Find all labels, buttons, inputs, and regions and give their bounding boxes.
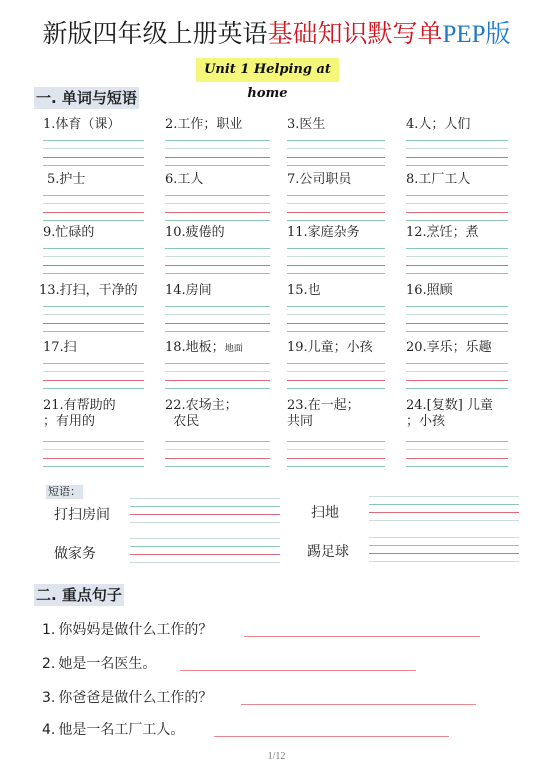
word-prompt-text: 23.在一起； xyxy=(287,398,360,413)
writing-line[interactable] xyxy=(287,203,385,204)
word-prompt-text: 14.房间 xyxy=(165,283,212,298)
writing-line[interactable] xyxy=(406,363,508,364)
word-prompt: 5.护士 xyxy=(47,172,177,188)
word-prompt-text: 12.烹饪；煮 xyxy=(406,225,479,240)
word-cell: 5.护士 xyxy=(43,172,144,221)
writing-line[interactable] xyxy=(43,165,144,166)
word-cell: 15.也 xyxy=(287,283,385,332)
writing-line[interactable] xyxy=(287,165,385,166)
writing-line[interactable] xyxy=(43,458,144,459)
writing-line[interactable] xyxy=(287,195,385,196)
writing-line[interactable] xyxy=(165,212,270,213)
word-prompt: 12.烹饪；煮 xyxy=(406,225,536,241)
writing-line[interactable] xyxy=(287,248,385,249)
unit-subtitle: Unit 1 Helping at home xyxy=(196,58,339,82)
word-cell: 7.公司职员 xyxy=(287,172,385,221)
writing-line[interactable] xyxy=(287,306,385,307)
word-prompt-text: 24.[复数] 儿童 xyxy=(406,398,493,413)
word-prompt: 15.也 xyxy=(287,283,417,299)
word-prompt: 21.有帮助的；有用的 xyxy=(43,398,173,430)
word-cell: 23.在一起；共同 xyxy=(287,398,385,467)
word-prompt: 13.打扫，干净的 xyxy=(39,283,169,299)
writing-line[interactable] xyxy=(406,248,508,249)
writing-line[interactable] xyxy=(165,203,270,204)
word-cell: 13.打扫，干净的 xyxy=(43,283,144,332)
writing-line[interactable] xyxy=(369,512,519,513)
writing-line[interactable] xyxy=(406,148,508,149)
word-prompt: 16.照顾 xyxy=(406,283,536,299)
phrase-prompt: 做家务 xyxy=(54,543,96,563)
word-prompt-text: 4.人；人们 xyxy=(406,117,470,132)
writing-line[interactable] xyxy=(406,441,508,442)
writing-line[interactable] xyxy=(165,388,270,389)
writing-line[interactable] xyxy=(130,546,280,547)
word-prompt: 17.扫 xyxy=(43,340,173,356)
writing-line[interactable] xyxy=(406,212,508,213)
writing-line[interactable] xyxy=(43,380,144,381)
word-prompt-text: 7.公司职员 xyxy=(287,172,351,187)
sentence-prompt: 2.她是一名医生。 xyxy=(42,655,156,673)
section-heading-vocabulary: 一. 单词与短语 xyxy=(34,87,139,109)
writing-line[interactable] xyxy=(43,363,144,364)
section-heading-sentences: 二. 重点句子 xyxy=(34,584,124,606)
word-prompt-text: 9.忙碌的 xyxy=(43,225,94,240)
writing-line[interactable] xyxy=(287,363,385,364)
writing-line[interactable] xyxy=(43,265,144,266)
writing-line[interactable] xyxy=(43,157,144,158)
writing-line[interactable] xyxy=(406,466,508,467)
word-prompt: 2.工作；职业 xyxy=(165,117,295,133)
title-part-black: 新版四年级上册英语 xyxy=(42,19,267,48)
title-part-red: 基础知识默写单 xyxy=(267,19,442,48)
page-number: 1/12 xyxy=(0,751,553,762)
word-cell: 16.照顾 xyxy=(406,283,508,332)
writing-line[interactable] xyxy=(287,441,385,442)
word-cell: 18.地板；地面 xyxy=(165,340,270,389)
word-prompt-text: 16.照顾 xyxy=(406,283,453,298)
sentence-text: 她是一名医生。 xyxy=(58,656,156,672)
writing-line[interactable] xyxy=(165,195,270,196)
writing-line[interactable] xyxy=(406,458,508,459)
writing-line[interactable] xyxy=(287,265,385,266)
writing-line[interactable] xyxy=(43,256,144,257)
word-prompt-note: 地面 xyxy=(225,344,243,354)
writing-line[interactable] xyxy=(43,466,144,467)
word-prompt: 22.农场主； 农民 xyxy=(165,398,295,430)
writing-line[interactable] xyxy=(287,458,385,459)
word-cell: 3.医生 xyxy=(287,117,385,166)
writing-line[interactable] xyxy=(287,220,385,221)
writing-line[interactable] xyxy=(287,331,385,332)
writing-line[interactable] xyxy=(369,496,519,497)
writing-line[interactable] xyxy=(406,140,508,141)
word-cell: 4.人；人们 xyxy=(406,117,508,166)
sentence-text: 你妈妈是做什么工作的？ xyxy=(58,622,212,638)
writing-line[interactable] xyxy=(130,514,280,515)
writing-line[interactable] xyxy=(165,165,270,166)
word-prompt-text: 3.医生 xyxy=(287,117,325,132)
word-prompt-text: 17.扫 xyxy=(43,340,77,355)
writing-line[interactable] xyxy=(130,562,280,563)
writing-line[interactable] xyxy=(130,538,280,539)
writing-line[interactable] xyxy=(165,371,270,372)
writing-line[interactable] xyxy=(165,265,270,266)
word-cell: 9.忙碌的 xyxy=(43,225,144,274)
writing-line[interactable] xyxy=(287,314,385,315)
word-prompt: 19.儿童；小孩 xyxy=(287,340,417,356)
writing-line[interactable] xyxy=(287,371,385,372)
writing-line[interactable] xyxy=(43,323,144,324)
word-prompt: 9.忙碌的 xyxy=(43,225,173,241)
writing-line[interactable] xyxy=(43,371,144,372)
writing-line[interactable] xyxy=(165,380,270,381)
word-cell: 6.工人 xyxy=(165,172,270,221)
word-prompt-text: 5.护士 xyxy=(47,172,85,187)
writing-line[interactable] xyxy=(406,165,508,166)
phrase-prompt: 踢足球 xyxy=(307,541,349,561)
writing-line[interactable] xyxy=(43,306,144,307)
word-prompt: 11.家庭杂务 xyxy=(287,225,417,241)
word-prompt: 20.享乐；乐趣 xyxy=(406,340,536,356)
word-cell: 22.农场主； 农民 xyxy=(165,398,270,467)
answer-line[interactable] xyxy=(241,704,476,705)
word-prompt-text: 1.体育（课） xyxy=(43,117,120,132)
word-prompt-text: 11.家庭杂务 xyxy=(287,225,360,240)
answer-line[interactable] xyxy=(180,670,416,671)
writing-line[interactable] xyxy=(43,441,144,442)
writing-line[interactable] xyxy=(406,157,508,158)
writing-line[interactable] xyxy=(287,466,385,467)
word-cell: 21.有帮助的；有用的 xyxy=(43,398,144,467)
writing-line[interactable] xyxy=(43,148,144,149)
answer-line[interactable] xyxy=(214,736,449,737)
writing-line[interactable] xyxy=(406,265,508,266)
phrase-writing-lines[interactable] xyxy=(369,496,519,526)
writing-line[interactable] xyxy=(369,545,519,546)
writing-line[interactable] xyxy=(406,195,508,196)
word-cell: 17.扫 xyxy=(43,340,144,389)
word-prompt: 1.体育（课） xyxy=(43,117,173,133)
sentence-prompt: 3.你爸爸是做什么工作的？ xyxy=(42,689,212,707)
word-prompt-text: 15.也 xyxy=(287,283,321,298)
word-prompt: 10.疲倦的 xyxy=(165,225,295,241)
writing-line[interactable] xyxy=(43,212,144,213)
sentence-number: 4. xyxy=(42,722,55,738)
phrase-writing-lines[interactable] xyxy=(130,538,280,568)
sentence-prompt: 1.你妈妈是做什么工作的？ xyxy=(42,621,212,639)
word-prompt-text-line2: 共同 xyxy=(287,414,313,429)
sentence-prompt: 4.他是一名工厂工人。 xyxy=(42,721,184,739)
writing-line[interactable] xyxy=(287,148,385,149)
writing-line[interactable] xyxy=(43,388,144,389)
writing-line[interactable] xyxy=(406,449,508,450)
writing-line[interactable] xyxy=(43,273,144,274)
writing-line[interactable] xyxy=(287,380,385,381)
writing-line[interactable] xyxy=(165,458,270,459)
writing-line[interactable] xyxy=(165,220,270,221)
word-prompt-text: 13.打扫，干净的 xyxy=(39,283,138,298)
writing-line[interactable] xyxy=(406,256,508,257)
word-prompt: 4.人；人们 xyxy=(406,117,536,133)
writing-line[interactable] xyxy=(43,248,144,249)
word-prompt: 24.[复数] 儿童；小孩 xyxy=(406,398,536,430)
word-prompt: 7.公司职员 xyxy=(287,172,417,188)
writing-line[interactable] xyxy=(130,522,280,523)
writing-line[interactable] xyxy=(130,554,280,555)
phrase-prompt: 打扫房间 xyxy=(54,504,110,524)
writing-line[interactable] xyxy=(165,306,270,307)
writing-line[interactable] xyxy=(165,273,270,274)
writing-line[interactable] xyxy=(287,273,385,274)
word-prompt-text: 18.地板； xyxy=(165,340,225,355)
writing-line[interactable] xyxy=(406,203,508,204)
writing-line[interactable] xyxy=(43,331,144,332)
word-prompt: 6.工人 xyxy=(165,172,295,188)
writing-line[interactable] xyxy=(406,323,508,324)
word-cell: 10.疲倦的 xyxy=(165,225,270,274)
word-prompt-text-line2: 农民 xyxy=(165,414,199,429)
writing-line[interactable] xyxy=(406,220,508,221)
word-cell: 8.工厂工人 xyxy=(406,172,508,221)
word-cell: 2.工作；职业 xyxy=(165,117,270,166)
word-cell: 1.体育（课） xyxy=(43,117,144,166)
word-cell: 12.烹饪；煮 xyxy=(406,225,508,274)
writing-line[interactable] xyxy=(43,195,144,196)
phrase-writing-lines[interactable] xyxy=(130,498,280,528)
word-prompt: 23.在一起；共同 xyxy=(287,398,417,430)
writing-line[interactable] xyxy=(165,331,270,332)
word-prompt: 18.地板；地面 xyxy=(165,340,295,357)
title-part-blue: PEP版 xyxy=(442,21,510,48)
writing-line[interactable] xyxy=(165,441,270,442)
writing-line[interactable] xyxy=(165,157,270,158)
word-cell: 24.[复数] 儿童；小孩 xyxy=(406,398,508,467)
phrase-prompt: 扫地 xyxy=(311,502,339,522)
word-prompt-text: 19.儿童；小孩 xyxy=(287,340,373,355)
word-prompt-text: 22.农场主； xyxy=(165,398,238,413)
word-cell: 19.儿童；小孩 xyxy=(287,340,385,389)
word-prompt-text-line2: ；有用的 xyxy=(43,414,95,429)
writing-line[interactable] xyxy=(406,331,508,332)
word-prompt-text: 21.有帮助的 xyxy=(43,398,116,413)
writing-line[interactable] xyxy=(165,363,270,364)
writing-line[interactable] xyxy=(287,388,385,389)
word-prompt: 3.医生 xyxy=(287,117,417,133)
writing-line[interactable] xyxy=(43,140,144,141)
writing-line[interactable] xyxy=(165,466,270,467)
writing-line[interactable] xyxy=(406,314,508,315)
word-prompt: 14.房间 xyxy=(165,283,295,299)
writing-line[interactable] xyxy=(369,561,519,562)
word-prompt-text: 2.工作；职业 xyxy=(165,117,242,132)
writing-line[interactable] xyxy=(43,449,144,450)
writing-line[interactable] xyxy=(406,371,508,372)
writing-line[interactable] xyxy=(165,256,270,257)
writing-line[interactable] xyxy=(369,520,519,521)
writing-line[interactable] xyxy=(165,248,270,249)
writing-line[interactable] xyxy=(165,314,270,315)
word-cell: 20.享乐；乐趣 xyxy=(406,340,508,389)
writing-line[interactable] xyxy=(43,314,144,315)
writing-line[interactable] xyxy=(369,504,519,505)
sentence-text: 你爸爸是做什么工作的？ xyxy=(58,690,212,706)
writing-line[interactable] xyxy=(43,220,144,221)
word-prompt-text: 10.疲倦的 xyxy=(165,225,225,240)
writing-line[interactable] xyxy=(165,449,270,450)
sentence-number: 3. xyxy=(42,690,55,706)
sentence-number: 1. xyxy=(42,622,55,638)
phrase-writing-lines[interactable] xyxy=(369,537,519,567)
writing-line[interactable] xyxy=(369,537,519,538)
word-prompt-text-line2: ；小孩 xyxy=(406,414,445,429)
writing-line[interactable] xyxy=(43,203,144,204)
writing-line[interactable] xyxy=(165,148,270,149)
writing-line[interactable] xyxy=(287,323,385,324)
writing-line[interactable] xyxy=(130,506,280,507)
writing-line[interactable] xyxy=(406,388,508,389)
writing-line[interactable] xyxy=(130,498,280,499)
writing-line[interactable] xyxy=(287,256,385,257)
word-prompt-text: 20.享乐；乐趣 xyxy=(406,340,492,355)
writing-line[interactable] xyxy=(369,553,519,554)
writing-line[interactable] xyxy=(287,449,385,450)
word-cell: 14.房间 xyxy=(165,283,270,332)
word-cell: 11.家庭杂务 xyxy=(287,225,385,274)
phrases-label: 短语： xyxy=(46,485,83,499)
writing-line[interactable] xyxy=(406,380,508,381)
answer-line[interactable] xyxy=(244,636,480,637)
document-title: 新版四年级上册英语基础知识默写单PEP版 xyxy=(0,18,553,51)
writing-line[interactable] xyxy=(406,273,508,274)
word-prompt-text: 8.工厂工人 xyxy=(406,172,470,187)
writing-line[interactable] xyxy=(287,212,385,213)
writing-line[interactable] xyxy=(287,157,385,158)
writing-line[interactable] xyxy=(165,140,270,141)
sentence-number: 2. xyxy=(42,656,55,672)
word-prompt-text: 6.工人 xyxy=(165,172,203,187)
sentence-text: 他是一名工厂工人。 xyxy=(58,722,184,738)
writing-line[interactable] xyxy=(165,323,270,324)
word-prompt: 8.工厂工人 xyxy=(406,172,536,188)
writing-line[interactable] xyxy=(406,306,508,307)
writing-line[interactable] xyxy=(287,140,385,141)
